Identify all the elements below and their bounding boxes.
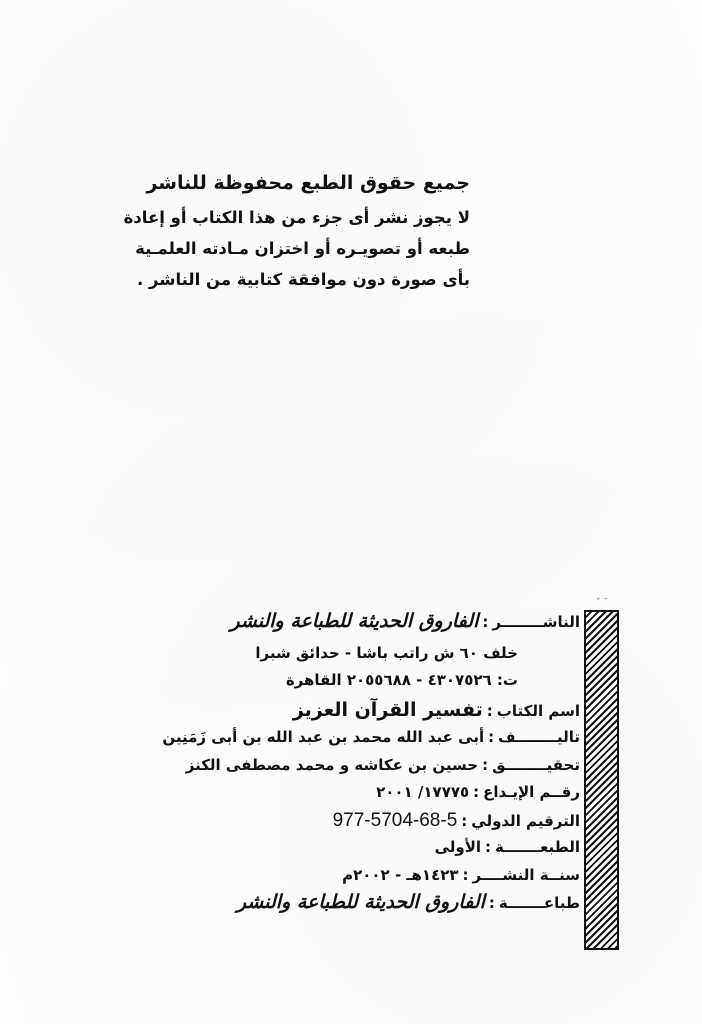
editors-row: تحقيــــــــق:حسين بن عكاشه و محمد مصطفى… [220, 752, 580, 780]
colon-separator: : [482, 752, 488, 779]
isbn-value: 977-5704-68-5 [333, 807, 458, 834]
colon-separator: : [473, 779, 479, 806]
publication-year-row: سنــة النشــــر:١٤٢٣هـ - ٢٠٠٢م [220, 862, 580, 890]
isbn-label: الترقيم الدولي [471, 808, 580, 835]
printing-label: طباعـــــــة [499, 890, 580, 917]
colon-separator: : [482, 609, 488, 636]
book-name-label: اسم الكتاب [497, 698, 580, 725]
publisher-name: الفاروق الحديثة للطباعة والنشر [230, 610, 478, 632]
printer-name: الفاروق الحديثة للطباعة والنشر [237, 891, 485, 913]
phone-row: ت: ٤٣٠٧٥٢٦ - ٢٠٥٥٦٨٨ القاهرة [220, 667, 580, 695]
scan-mark: ˇ ˘ [596, 598, 608, 608]
copyright-line-1: لا يجوز نشر أى جزء من هذا الكتاب أو إعاد… [210, 202, 470, 233]
colon-separator: : [487, 698, 493, 725]
editors-label: تحقيــــــــق [492, 752, 580, 779]
copyright-notice: جميع حقوق الطبع محفوظة للناشر لا يجوز نش… [210, 168, 470, 295]
copyright-line-3: بأى صورة دون موافقة كتابية من الناشر . [210, 264, 470, 295]
colon-separator: : [485, 834, 491, 861]
isbn-row: الترقيم الدولي:977-5704-68-5 [220, 807, 580, 835]
colon-separator: : [488, 724, 494, 751]
copyright-line-2: طبعه أو تصويـره أو اختزان مـادته العلمـي… [210, 233, 470, 264]
printing-row: طباعـــــــة:الفاروق الحديثة للطباعة وال… [220, 889, 580, 917]
edition-value: الأولى [435, 838, 481, 856]
author-row: تاليــــــــف:أبى عبد الله محمد بن عبد ا… [220, 724, 580, 752]
author-label: تاليــــــــف [498, 724, 580, 751]
colophon: الناشــــــــر:الفاروق الحديثة للطباعة و… [220, 608, 580, 917]
editors-names: حسين بن عكاشه و محمد مصطفى الكنز [186, 756, 478, 774]
book-name-row: اسم الكتاب:تفسير القرآن العزيز [220, 697, 580, 725]
colon-separator: : [489, 890, 495, 917]
hatched-decorative-bar [584, 610, 619, 950]
deposit-number-label: رقــم الإيـداع [483, 779, 580, 806]
publication-year-value: ١٤٢٣هـ - ٢٠٠٢م [342, 866, 458, 884]
document-page: جميع حقوق الطبع محفوظة للناشر لا يجوز نش… [0, 0, 702, 1024]
deposit-number-row: رقــم الإيـداع:١٧٧٧٥/ ٢٠٠١ [220, 779, 580, 807]
colon-separator: : [463, 862, 469, 889]
publisher-label: الناشــــــــر [492, 609, 580, 636]
edition-row: الطبعـــــــة:الأولى [220, 834, 580, 862]
author-name: أبى عبد الله محمد بن عبد الله بن أبى زَم… [162, 728, 484, 746]
publication-year-label: سنــة النشــــر [473, 862, 580, 889]
book-title: تفسير القرآن العزيز [293, 699, 483, 721]
copyright-title: جميع حقوق الطبع محفوظة للناشر [210, 168, 470, 202]
edition-label: الطبعـــــــة [495, 834, 580, 861]
colon-separator: : [461, 808, 467, 835]
deposit-number-value: ١٧٧٧٥/ ٢٠٠١ [376, 783, 469, 801]
address-row: خلف ٦٠ ش راتب باشا - حدائق شبرا [220, 640, 580, 668]
publisher-row: الناشــــــــر:الفاروق الحديثة للطباعة و… [220, 608, 580, 636]
